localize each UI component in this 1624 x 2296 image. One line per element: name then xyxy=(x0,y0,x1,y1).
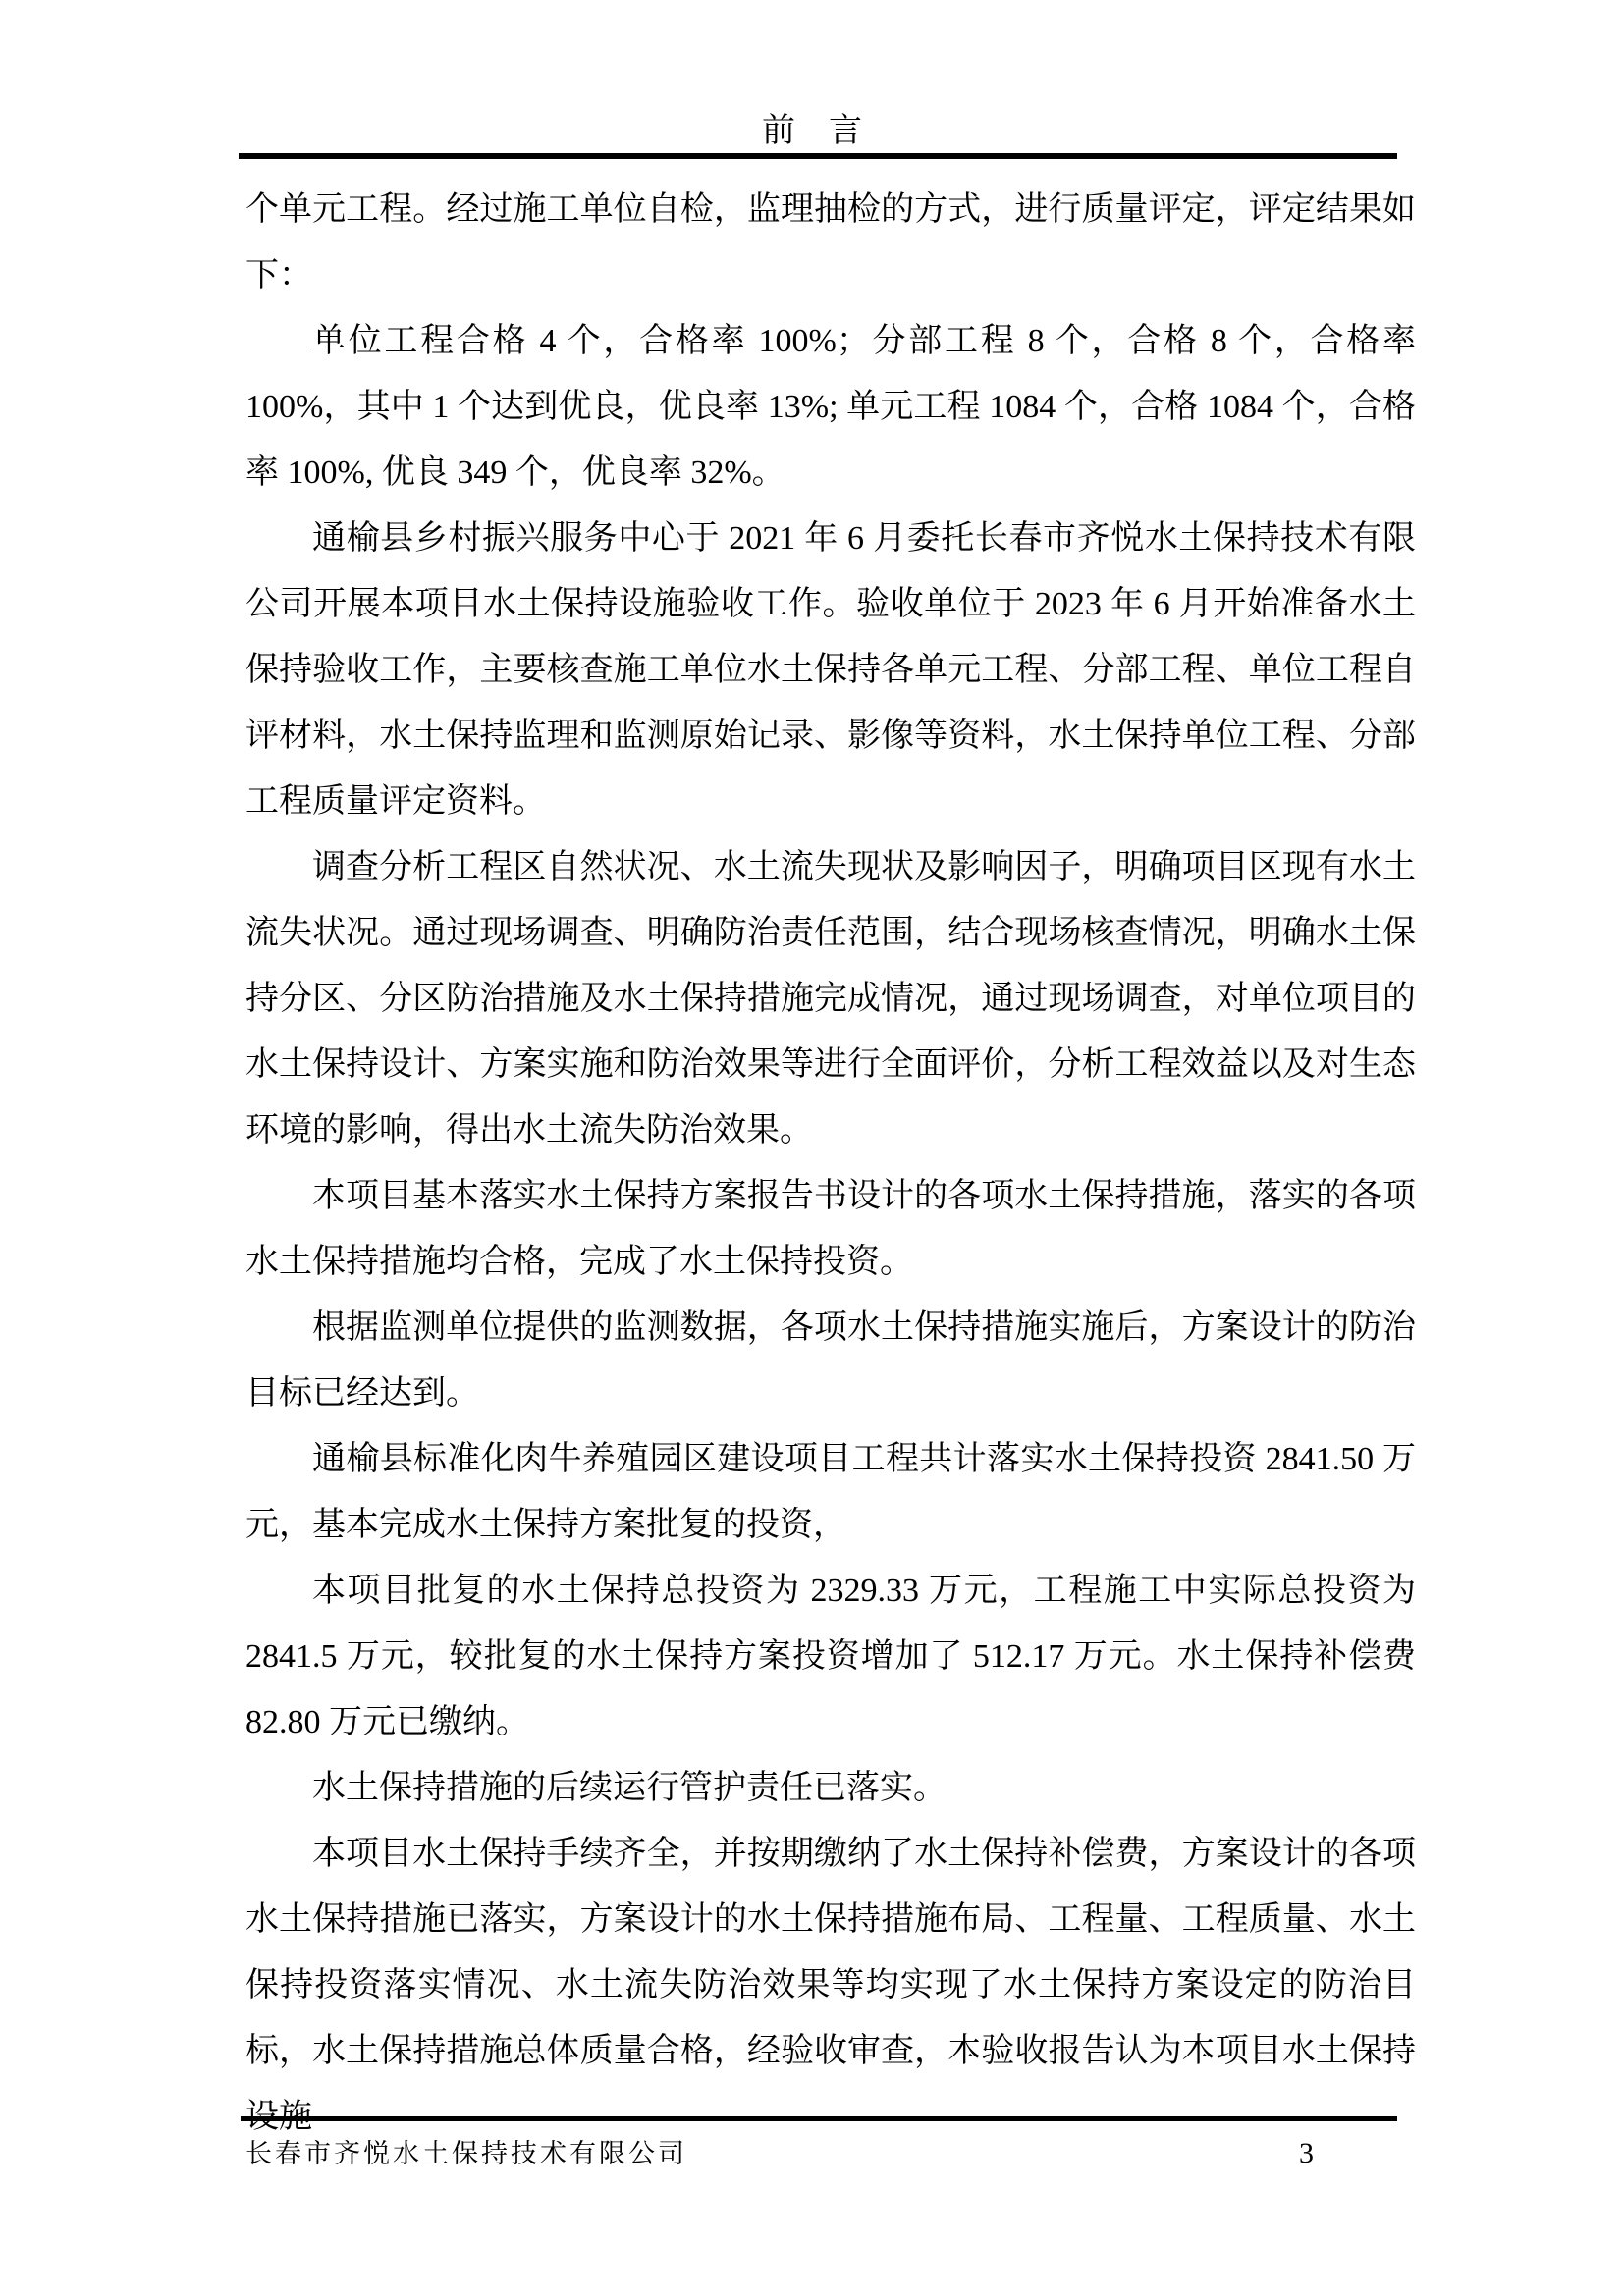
body-paragraph: 通榆县乡村振兴服务中心于 2021 年 6 月委托长春市齐悦水土保持技术有限公司… xyxy=(245,506,1416,834)
body-paragraph: 单位工程合格 4 个，合格率 100%；分部工程 8 个，合格 8 个，合格率 … xyxy=(245,308,1416,506)
body-paragraph: 通榆县标准化肉牛养殖园区建设项目工程共计落实水土保持投资 2841.50 万元，… xyxy=(245,1426,1416,1558)
body-paragraph: 根据监测单位提供的监测数据，各项水土保持措施实施后，方案设计的防治目标已经达到。 xyxy=(245,1295,1416,1426)
footer-page-number: 3 xyxy=(1299,2137,1314,2170)
page-footer: 长春市齐悦水土保持技术有限公司 3 xyxy=(245,2132,1397,2170)
body-paragraph: 个单元工程。经过施工单位自检，监理抽检的方式，进行质量评定，评定结果如下： xyxy=(245,177,1416,308)
document-body: 个单元工程。经过施工单位自检，监理抽检的方式，进行质量评定，评定结果如下： 单位… xyxy=(245,177,1416,2150)
body-paragraph: 本项目水土保持手续齐全，并按期缴纳了水土保持补偿费，方案设计的各项水土保持措施已… xyxy=(245,1821,1416,2150)
document-page: 前 言 个单元工程。经过施工单位自检，监理抽检的方式，进行质量评定，评定结果如下… xyxy=(0,0,1624,2296)
body-paragraph: 水土保持措施的后续运行管护责任已落实。 xyxy=(245,1755,1416,1821)
page-header-title: 前 言 xyxy=(0,110,1624,153)
header-rule xyxy=(239,153,1397,159)
footer-rule xyxy=(241,2116,1397,2121)
body-paragraph: 调查分析工程区自然状况、水土流失现状及影响因子，明确项目区现有水土流失状况。通过… xyxy=(245,834,1416,1163)
body-paragraph: 本项目基本落实水土保持方案报告书设计的各项水土保持措施，落实的各项水土保持措施均… xyxy=(245,1163,1416,1295)
body-paragraph: 本项目批复的水土保持总投资为 2329.33 万元，工程施工中实际总投资为 28… xyxy=(245,1558,1416,1755)
footer-company-name: 长春市齐悦水土保持技术有限公司 xyxy=(245,2132,687,2170)
